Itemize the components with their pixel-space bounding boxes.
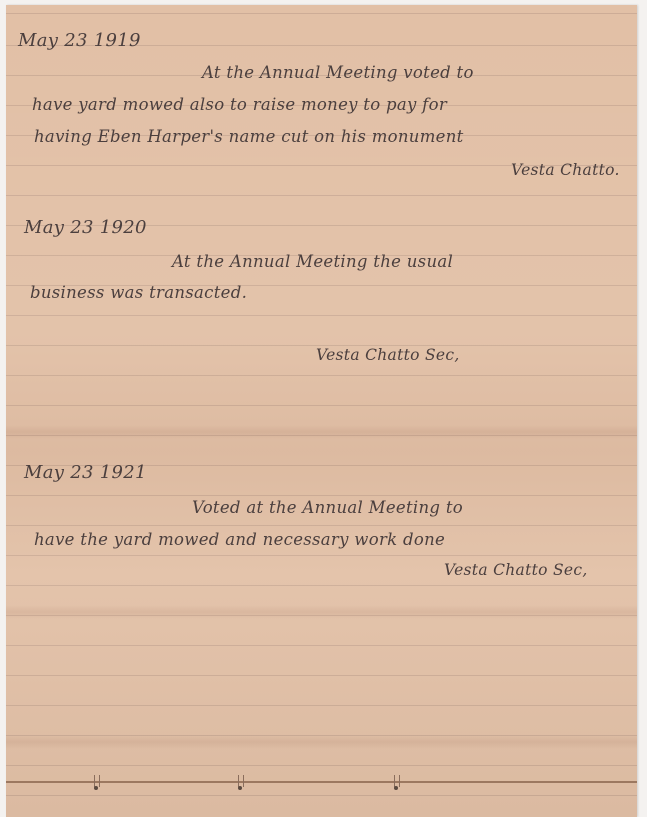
entry-line: At the Annual Meeting voted to xyxy=(202,63,474,82)
binding-stitch xyxy=(394,775,400,787)
binding-stitch xyxy=(94,775,100,787)
entry-line: Voted at the Annual Meeting to xyxy=(192,498,463,517)
entry-date: May 23 1920 xyxy=(24,217,147,238)
binding-stitch xyxy=(238,775,244,787)
entry-line: have yard mowed also to raise money to p… xyxy=(32,95,447,114)
entry-signature: Vesta Chatto Sec, xyxy=(444,561,588,579)
ledger-page: May 23 1919 At the Annual Meeting voted … xyxy=(6,5,637,817)
entry-line: have the yard mowed and necessary work d… xyxy=(34,530,445,549)
entry-line: having Eben Harper's name cut on his mon… xyxy=(34,127,464,146)
paper-crease xyxy=(6,735,637,749)
entry-signature: Vesta Chatto. xyxy=(511,161,620,179)
entry-date: May 23 1921 xyxy=(24,462,147,483)
paper-crease xyxy=(6,425,637,439)
entry-date: May 23 1919 xyxy=(18,30,141,51)
paper-crease xyxy=(6,605,637,619)
binding-fold-line xyxy=(6,781,637,783)
entry-line: At the Annual Meeting the usual xyxy=(172,252,453,271)
entry-signature: Vesta Chatto Sec, xyxy=(316,346,460,364)
entry-line: business was transacted. xyxy=(30,283,247,302)
